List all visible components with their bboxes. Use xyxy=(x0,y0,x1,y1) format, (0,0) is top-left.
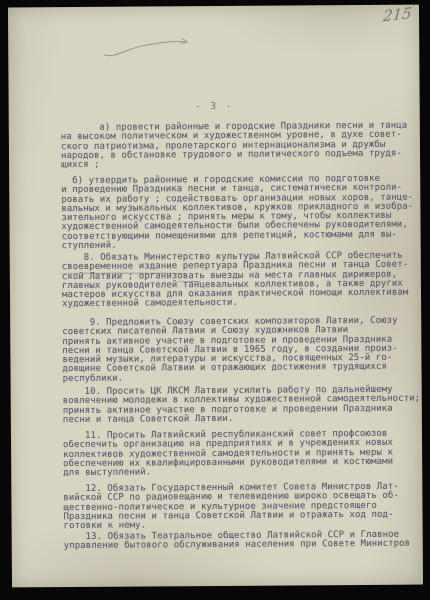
document-page: 215 - 3 - а) провести районные и городск… xyxy=(8,5,423,588)
scanned-document-photo: 215 - 3 - а) провести районные и городск… xyxy=(0,0,430,600)
paragraph-8: 8. Обязать Министерство культуры Латвийс… xyxy=(62,252,420,310)
archival-folio-number: 215 xyxy=(383,4,413,26)
page-number: - 3 - xyxy=(9,100,420,114)
paragraph-a: а) провести районные и городские Праздни… xyxy=(61,122,419,171)
paragraph-13: 13. Обязать Театральное общество Латвийс… xyxy=(64,531,422,552)
pencil-squiggle-mark xyxy=(100,34,190,61)
pencil-underline xyxy=(59,273,186,274)
paragraph-b: б) утвердить районные и городские комисс… xyxy=(61,175,420,252)
paragraph-10: 10. Просить ЦК ЛКСМ Латвии усилить работ… xyxy=(63,386,421,426)
paragraph-11: 11. Просить Латвийский республиканский с… xyxy=(63,430,421,479)
paragraph-12: 12. Обязать Государственный комитет Сове… xyxy=(63,483,421,532)
paragraph-9: 9. Предложить Союзу советских композитор… xyxy=(62,317,420,385)
